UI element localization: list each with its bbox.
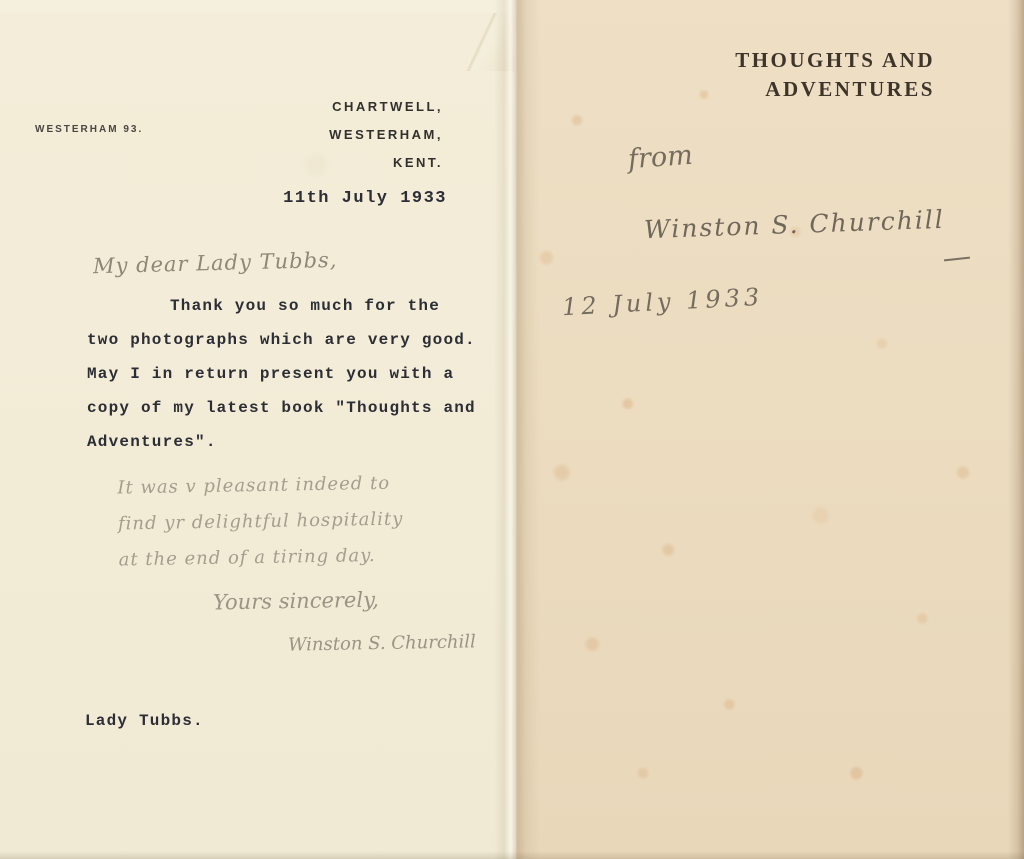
letterhead-phone: WESTERHAM 93. <box>35 124 143 135</box>
inscription-signature: Winston S. Churchill <box>644 205 946 244</box>
letter-date: 11th July 1933 <box>283 189 447 208</box>
handwritten-signature: Winston S. Churchill <box>288 631 476 655</box>
letter-body-line: Adventures". <box>87 433 217 451</box>
handwritten-postscript-line: find yr delightful hospitality <box>118 502 404 543</box>
book-title-line: ADVENTURES <box>735 75 935 104</box>
letter-body-line: copy of my latest book "Thoughts and <box>87 399 476 417</box>
handwritten-postscript: It was v pleasant indeed to find yr deli… <box>117 466 404 579</box>
letter-body-line: two photographs which are very good. <box>87 331 476 349</box>
book-title-line: THOUGHTS AND <box>735 46 935 75</box>
letterhead-address: CHARTWELL, WESTERHAM, KENT. <box>329 93 443 177</box>
letter-body-line: May I in return present you with a <box>87 365 454 383</box>
inscription-date: 12 July 1933 <box>561 283 763 321</box>
handwritten-postscript-line: at the end of a tiring day. <box>118 538 404 579</box>
scanned-document: WESTERHAM 93. CHARTWELL, WESTERHAM, KENT… <box>0 0 1024 859</box>
letter-top-edge <box>0 0 510 14</box>
book-half-title: THOUGHTS AND ADVENTURES <box>735 46 935 104</box>
letter-addressee: Lady Tubbs. <box>85 712 204 730</box>
letterhead-address-line: CHARTWELL, <box>329 93 443 121</box>
letter-body-line: Thank you so much for the <box>170 297 440 315</box>
letterhead-address-line: KENT. <box>329 149 443 177</box>
page-right-edge-shadow <box>1008 0 1024 859</box>
inscription-from-word: from <box>627 140 694 175</box>
letterhead-address-line: WESTERHAM, <box>329 121 443 149</box>
book-gutter-crease <box>494 0 540 859</box>
inscription-underline-stroke <box>944 257 970 262</box>
book-flyleaf-page: THOUGHTS AND ADVENTURES from Winston S. … <box>516 0 1024 859</box>
handwritten-salutation: My dear Lady Tubbs, <box>93 248 338 278</box>
bottom-edge-shadow <box>0 851 1024 859</box>
handwritten-closing: Yours sincerely, <box>213 588 379 615</box>
handwritten-postscript-line: It was v pleasant indeed to <box>117 466 403 507</box>
letter-page: WESTERHAM 93. CHARTWELL, WESTERHAM, KENT… <box>0 13 510 859</box>
